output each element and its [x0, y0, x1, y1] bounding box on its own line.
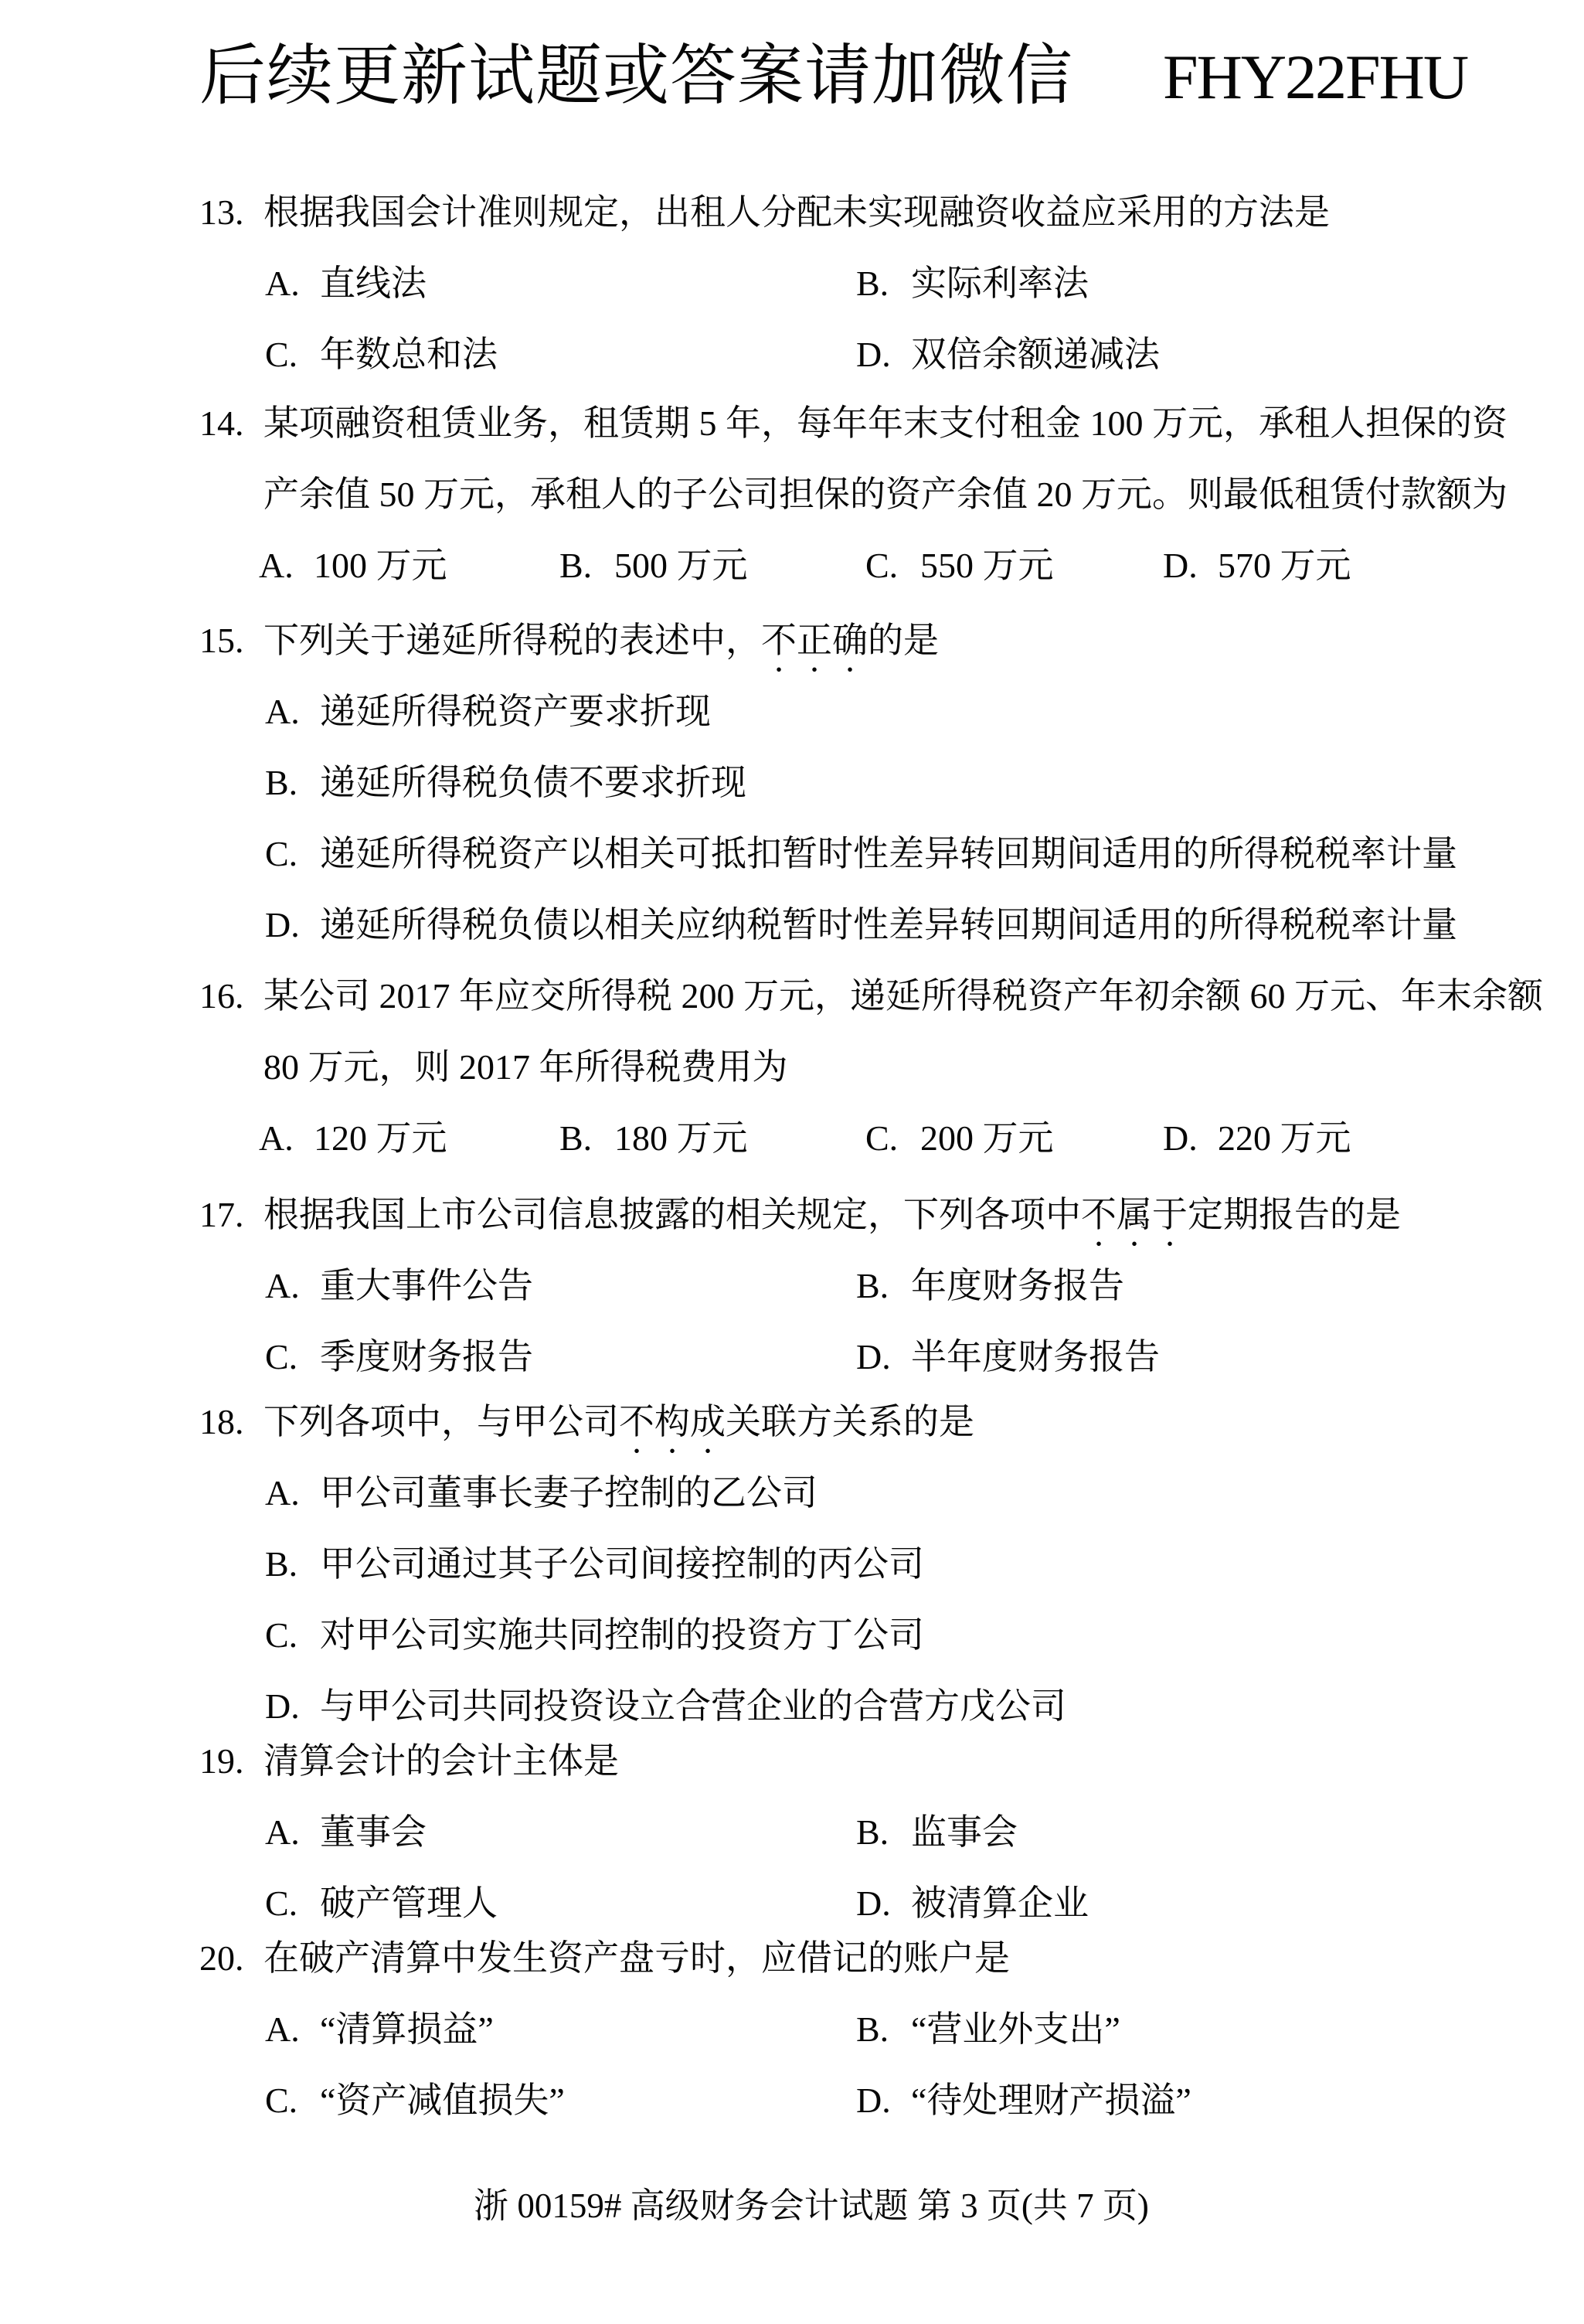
- question-stem-continued: 80 万元，则 2017 年所得税费用为: [263, 1032, 788, 1103]
- option-d: D.“待处理财产损溢”: [856, 2065, 1191, 2136]
- question-18-stem-line: 18. 下列各项中，与甲公司不构成关联方关系的是: [0, 1387, 1584, 1458]
- option-b: B.甲公司通过其子公司间接控制的丙公司: [265, 1529, 924, 1600]
- option-c: C.对甲公司实施共同控制的投资方丁公司: [265, 1600, 924, 1671]
- question-number: 17.: [199, 1179, 244, 1250]
- option-a: A.直线法: [265, 248, 427, 319]
- question-number: 20.: [199, 1923, 244, 1994]
- page-header: 后续更新试题或答案请加微信FHY22FHU: [199, 39, 1467, 114]
- question-number: 19.: [199, 1726, 244, 1797]
- emphasized-phrase: 不属于: [1081, 1195, 1188, 1234]
- question-19-stem-line: 19. 清算会计的会计主体是: [0, 1726, 1584, 1797]
- question-13-stem-line: 13. 根据我国会计准则规定，出租人分配未实现融资收益应采用的方法是: [0, 177, 1584, 248]
- option-c: C.“资产减值损失”: [265, 2065, 565, 2136]
- question-18: 18. 下列各项中，与甲公司不构成关联方关系的是 A.甲公司董事长妻子控制的乙公…: [0, 1387, 1584, 1742]
- question-16-options-row: A.120 万元 B.180 万元 C.200 万元 D.220 万元: [0, 1103, 1584, 1174]
- option-a: A.120 万元: [259, 1103, 447, 1174]
- option-d: D.220 万元: [1163, 1103, 1351, 1174]
- question-16-stem-line: 16. 某公司 2017 年应交所得税 200 万元，递延所得税资产年初余额 6…: [0, 961, 1584, 1032]
- question-15-option-a-row: A.递延所得税资产要求折现: [0, 676, 1584, 747]
- question-16-stem-line-2: 80 万元，则 2017 年所得税费用为: [0, 1032, 1584, 1103]
- question-15-option-b-row: B.递延所得税负债不要求折现: [0, 747, 1584, 818]
- option-b: B.监事会: [856, 1797, 1018, 1868]
- option-a: A.“清算损益”: [265, 1994, 494, 2065]
- question-18-option-a-row: A.甲公司董事长妻子控制的乙公司: [0, 1458, 1584, 1529]
- question-14-options-row: A.100 万元 B.500 万元 C.550 万元 D.570 万元: [0, 530, 1584, 601]
- question-15: 15. 下列关于递延所得税的表述中，不正确的是 A.递延所得税资产要求折现 B.…: [0, 605, 1584, 961]
- question-stem: 根据我国会计准则规定，出租人分配未实现融资收益应采用的方法是: [263, 177, 1330, 251]
- question-stem: 清算会计的会计主体是: [263, 1726, 619, 1797]
- question-15-option-d-row: D.递延所得税负债以相关应纳税暂时性差异转回期间适用的所得税税率计量: [0, 890, 1584, 961]
- option-a: A.重大事件公告: [265, 1250, 533, 1322]
- question-16: 16. 某公司 2017 年应交所得税 200 万元，递延所得税资产年初余额 6…: [0, 961, 1584, 1174]
- question-18-option-b-row: B.甲公司通过其子公司间接控制的丙公司: [0, 1529, 1584, 1600]
- option-b: B.递延所得税负债不要求折现: [265, 747, 746, 818]
- option-b: B.500 万元: [559, 530, 748, 601]
- option-a: A.董事会: [265, 1797, 427, 1868]
- question-18-option-c-row: C.对甲公司实施共同控制的投资方丁公司: [0, 1600, 1584, 1671]
- option-d: D.递延所得税负债以相关应纳税暂时性差异转回期间适用的所得税税率计量: [265, 890, 1457, 961]
- question-14: 14. 某项融资租赁业务，租赁期 5 年，每年年末支付租金 100 万元，承租人…: [0, 388, 1584, 601]
- page-footer: 浙 00159# 高级财务会计试题 第 3 页(共 7 页): [0, 2183, 1584, 2229]
- question-stem: 在破产清算中发生资产盘亏时，应借记的账户是: [263, 1923, 1010, 1994]
- question-13-options-row-2: C.年数总和法 D.双倍余额递减法: [0, 319, 1584, 390]
- option-c: C.200 万元: [865, 1103, 1054, 1174]
- question-stem: 根据我国上市公司信息披露的相关规定，下列各项中不属于定期报告的是: [263, 1179, 1401, 1254]
- question-stem-continued: 产余值 50 万元，承租人的子公司担保的资产余值 20 万元。则最低租赁付款额为: [263, 459, 1508, 530]
- option-b: B.180 万元: [559, 1103, 748, 1174]
- option-b: B.实际利率法: [856, 248, 1089, 319]
- question-number: 18.: [199, 1387, 244, 1458]
- question-stem: 下列关于递延所得税的表述中，不正确的是: [263, 605, 939, 679]
- question-19: 19. 清算会计的会计主体是 A.董事会 B.监事会 C.破产管理人 D.被清算…: [0, 1726, 1584, 1939]
- option-b: B.年度财务报告: [856, 1250, 1124, 1322]
- question-stem: 某项融资租赁业务，租赁期 5 年，每年年末支付租金 100 万元，承租人担保的资: [263, 388, 1508, 459]
- option-a: A.100 万元: [259, 530, 447, 601]
- question-14-stem-line: 14. 某项融资租赁业务，租赁期 5 年，每年年末支付租金 100 万元，承租人…: [0, 388, 1584, 459]
- header-wechat-code: FHY22FHU: [1163, 42, 1467, 112]
- option-d: D.570 万元: [1163, 530, 1351, 601]
- option-c: C.递延所得税资产以相关可抵扣暂时性差异转回期间适用的所得税税率计量: [265, 818, 1457, 890]
- question-stem: 下列各项中，与甲公司不构成关联方关系的是: [263, 1387, 974, 1461]
- question-20-options-row-1: A.“清算损益” B.“营业外支出”: [0, 1994, 1584, 2065]
- option-c: C.550 万元: [865, 530, 1054, 601]
- option-c: C.年数总和法: [265, 319, 498, 390]
- question-20-options-row-2: C.“资产减值损失” D.“待处理财产损溢”: [0, 2065, 1584, 2136]
- header-notice: 后续更新试题或答案请加微信: [199, 39, 1073, 113]
- question-13-options-row-1: A.直线法 B.实际利率法: [0, 248, 1584, 319]
- question-number: 14.: [199, 388, 244, 459]
- question-20: 20. 在破产清算中发生资产盘亏时，应借记的账户是 A.“清算损益” B.“营业…: [0, 1923, 1584, 2136]
- question-15-option-c-row: C.递延所得税资产以相关可抵扣暂时性差异转回期间适用的所得税税率计量: [0, 818, 1584, 890]
- question-14-stem-line-2: 产余值 50 万元，承租人的子公司担保的资产余值 20 万元。则最低租赁付款额为: [0, 459, 1584, 530]
- emphasized-phrase: 不构成: [619, 1402, 726, 1441]
- question-15-stem-line: 15. 下列关于递延所得税的表述中，不正确的是: [0, 605, 1584, 676]
- option-d: D.双倍余额递减法: [856, 319, 1160, 390]
- question-13: 13. 根据我国会计准则规定，出租人分配未实现融资收益应采用的方法是 A.直线法…: [0, 177, 1584, 390]
- option-a: A.甲公司董事长妻子控制的乙公司: [265, 1458, 817, 1529]
- question-17-options-row-1: A.重大事件公告 B.年度财务报告: [0, 1250, 1584, 1322]
- option-a: A.递延所得税资产要求折现: [265, 676, 711, 747]
- option-c: C.季度财务报告: [265, 1322, 533, 1393]
- question-17-options-row-2: C.季度财务报告 D.半年度财务报告: [0, 1322, 1584, 1393]
- exam-page: 后续更新试题或答案请加微信FHY22FHU 13. 根据我国会计准则规定，出租人…: [0, 0, 1584, 2324]
- option-d: D.半年度财务报告: [856, 1322, 1160, 1393]
- question-17-stem-line: 17. 根据我国上市公司信息披露的相关规定，下列各项中不属于定期报告的是: [0, 1179, 1584, 1250]
- question-number: 13.: [199, 177, 244, 248]
- option-b: B.“营业外支出”: [856, 1994, 1120, 2065]
- question-number: 16.: [199, 961, 244, 1032]
- question-19-options-row-1: A.董事会 B.监事会: [0, 1797, 1584, 1868]
- question-17: 17. 根据我国上市公司信息披露的相关规定，下列各项中不属于定期报告的是 A.重…: [0, 1179, 1584, 1393]
- emphasized-phrase: 不正确: [761, 621, 868, 660]
- question-number: 15.: [199, 605, 244, 676]
- question-stem: 某公司 2017 年应交所得税 200 万元，递延所得税资产年初余额 60 万元…: [263, 961, 1543, 1032]
- question-20-stem-line: 20. 在破产清算中发生资产盘亏时，应借记的账户是: [0, 1923, 1584, 1994]
